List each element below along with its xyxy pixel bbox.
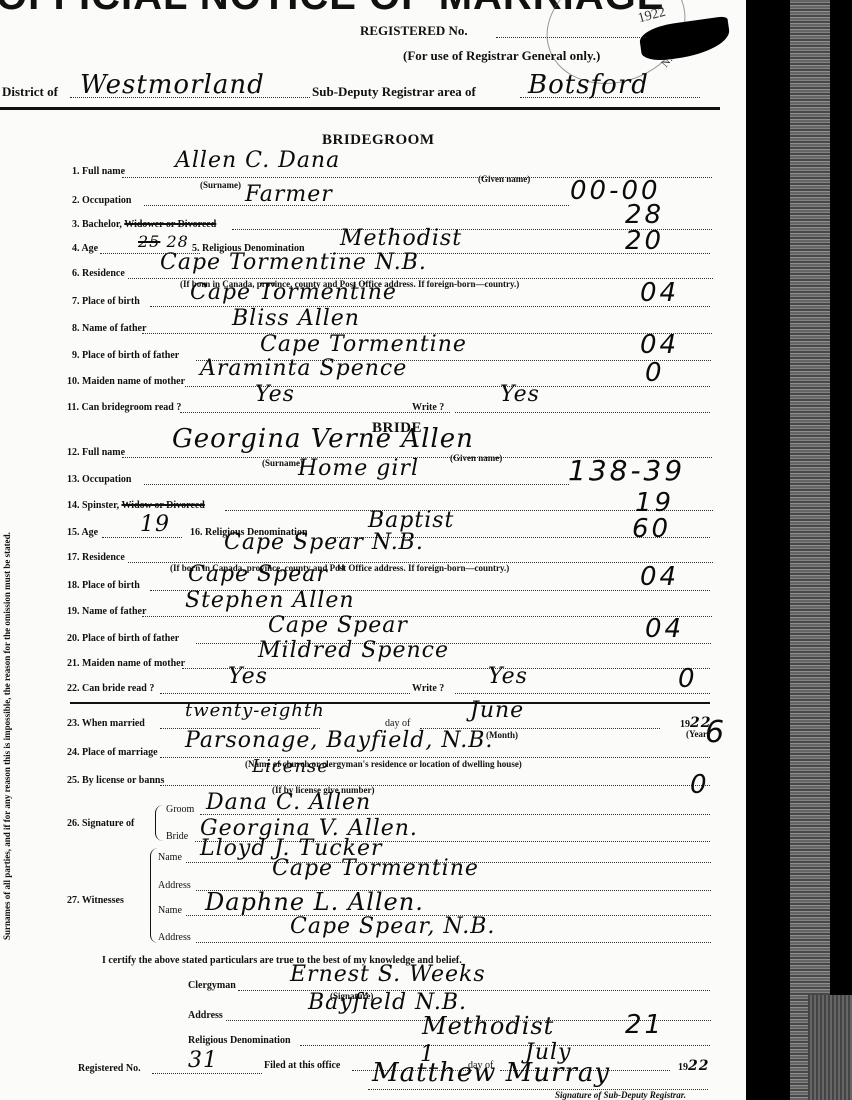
bride-full-name-label: 12. Full name <box>67 447 125 458</box>
groom-occupation-line <box>144 205 569 206</box>
scan-edge-strip-lower <box>808 995 852 1100</box>
registrar-note: (For use of Registrar General only.) <box>403 48 600 64</box>
clergyman-religion-code: 21 <box>625 1010 664 1040</box>
groom-father-birthplace-value: Cape Tormentine <box>260 332 467 357</box>
bride-write-line <box>455 693 710 694</box>
bride-surname-hint: (Surname) <box>262 458 303 468</box>
groom-birthplace-code: 04 <box>640 278 679 308</box>
bride-age-value: 19 <box>140 512 170 537</box>
bride-status-label: 14. Spinster, Widow or Divorced <box>67 500 205 511</box>
groom-read-line <box>180 412 450 413</box>
groom-residence-value: Cape Tormentine N.B. <box>160 250 427 275</box>
filing-registered-no-value: 31 <box>188 1048 218 1073</box>
bride-occupation-label: 13. Occupation <box>67 474 131 485</box>
groom-religion-code: 20 <box>625 226 664 256</box>
groom-given-hint: (Given name) <box>478 174 530 184</box>
subdeputy-label: Sub-Deputy Registrar area of <box>312 84 476 100</box>
witness-1-name-label: Name <box>158 852 182 863</box>
witness-2-address: Cape Spear, N.B. <box>290 914 495 939</box>
groom-father-birthplace-code: 04 <box>640 330 679 360</box>
registrar-signature: Matthew Murray <box>372 1058 610 1088</box>
clergyman-religion-label: Religious Denomination <box>188 1035 291 1046</box>
groom-mother-value: Araminta Spence <box>200 356 407 381</box>
license-code: 0 <box>690 770 710 800</box>
bride-write-value: Yes <box>488 664 528 689</box>
bride-status-struck: Widow or Divorced <box>121 500 204 511</box>
filing-registered-no-label: Registered No. <box>78 1063 141 1074</box>
filed-year-value: 22 <box>688 1058 709 1074</box>
groom-read-value: Yes <box>255 382 295 407</box>
license-value: License <box>252 756 329 777</box>
groom-signature-label: Groom <box>166 804 194 815</box>
filing-registered-no-line <box>152 1073 262 1074</box>
place-value: Parsonage, Bayfield, N.B. <box>185 728 493 753</box>
bride-father-line <box>142 616 712 617</box>
filed-label: Filed at this office <box>264 1060 340 1071</box>
groom-religion-value: Methodist <box>340 226 462 251</box>
scan-edge-strip <box>790 0 830 1100</box>
bride-residence-label: 17. Residence <box>67 552 125 563</box>
when-married-label: 23. When married <box>67 718 145 729</box>
signature-label: 26. Signature of <box>67 818 134 829</box>
groom-age-text: 28 <box>166 232 188 251</box>
groom-write-line <box>455 412 710 413</box>
registered-no-line <box>496 37 646 38</box>
groom-mother-code: 0 <box>645 358 665 388</box>
witness-2-address-line <box>196 942 711 943</box>
groom-mother-label: 10. Maiden name of mother <box>67 376 185 387</box>
bride-read-label: 22. Can bride read ? <box>67 683 154 694</box>
bride-father-birthplace-code: 04 <box>645 614 684 644</box>
registrar-signature-hint: Signature of Sub-Deputy Registrar. <box>555 1090 686 1100</box>
bride-given-hint: (Given name) <box>450 453 502 463</box>
place-label: 24. Place of marriage <box>67 747 158 758</box>
subdeputy-value: Botsford <box>528 70 649 100</box>
groom-write-label: Write ? <box>412 402 444 413</box>
bride-signature-label: Bride <box>166 831 188 842</box>
bride-father-label: 19. Name of father <box>67 606 146 617</box>
bride-residence-value: Cape Spear N.B. <box>224 530 424 555</box>
filed-year: 1922 <box>678 1058 709 1074</box>
margin-note: Surnames of all parties, and if for any … <box>2 532 12 940</box>
groom-occupation-value: Farmer <box>245 182 333 207</box>
clergyman-address-label: Address <box>188 1010 223 1021</box>
signature-brace <box>155 805 164 841</box>
groom-father-label: 8. Name of father <box>72 323 146 334</box>
groom-father-value: Bliss Allen <box>232 306 360 331</box>
witness-2-name-label: Name <box>158 905 182 916</box>
groom-write-value: Yes <box>500 382 540 407</box>
bride-mother-value: Mildred Spence <box>258 638 449 663</box>
witness-1-address: Cape Tormentine <box>272 856 479 881</box>
place-line <box>160 757 710 758</box>
bride-read-line <box>160 693 410 694</box>
bride-father-value: Stephen Allen <box>185 588 355 613</box>
groom-signature-value: Dana C. Allen <box>206 790 371 815</box>
bride-read-code: 0 <box>678 664 698 694</box>
groom-father-birthplace-label: 9. Place of birth of father <box>72 350 179 361</box>
groom-age-struck: 25 <box>138 232 160 251</box>
bride-mother-label: 21. Maiden name of mother <box>67 658 185 669</box>
clergyman-religion-line <box>300 1045 710 1046</box>
bride-birthplace-label: 18. Place of birth <box>67 580 140 591</box>
license-label: 25. By license or banns <box>67 775 164 786</box>
when-day-value: twenty-eighth <box>185 700 325 721</box>
witnesses-label: 27. Witnesses <box>67 895 124 906</box>
groom-surname-hint: (Surname) <box>200 180 241 190</box>
bride-birthplace-code: 04 <box>640 562 679 592</box>
groom-read-label: 11. Can bridegroom read ? <box>67 402 181 413</box>
witness-2-name: Daphne L. Allen. <box>205 888 424 916</box>
groom-status-text: 3. Bachelor, <box>72 219 122 230</box>
bride-father-birthplace-label: 20. Place of birth of father <box>67 633 179 644</box>
when-month-value: June <box>470 698 524 723</box>
section-rule <box>70 702 710 704</box>
filed-year-prefix: 19 <box>678 1062 688 1073</box>
district-label: District of <box>2 84 58 100</box>
registered-no-label: REGISTERED No. <box>360 23 468 39</box>
when-code: 6 <box>705 715 727 750</box>
bride-write-label: Write ? <box>412 683 444 694</box>
groom-full-name-label: 1. Full name <box>72 166 125 177</box>
marriage-notice-page: OFFICIAL NOTICE OF MARRIAGE 1922 N.B. RE… <box>0 0 746 1100</box>
bride-father-birthplace-value: Cape Spear <box>268 613 408 638</box>
groom-age-label: 4. Age <box>72 243 98 254</box>
bride-birthplace-value: Cape Spear " <box>188 562 347 587</box>
groom-residence-label: 6. Residence <box>72 268 125 279</box>
license-line <box>160 785 710 786</box>
bride-age-line <box>102 537 182 538</box>
groom-age-value: 25 28 <box>138 232 189 251</box>
witness-2-address-label: Address <box>158 932 191 943</box>
clergyman-label: Clergyman <box>188 980 236 991</box>
bride-religion-code: 60 <box>632 514 671 544</box>
district-value: Westmorland <box>80 70 265 100</box>
bride-occupation-line <box>144 484 569 485</box>
groom-birthplace-label: 7. Place of birth <box>72 296 140 307</box>
bride-name-code: 138-39 <box>568 454 685 487</box>
clergyman-religion-value: Methodist <box>422 1012 554 1040</box>
bride-status-text: 14. Spinster, <box>67 500 119 511</box>
clergyman-value: Ernest S. Weeks <box>290 962 486 987</box>
bride-read-value: Yes <box>228 664 268 689</box>
groom-full-name-value: Allen C. Dana <box>175 148 340 173</box>
groom-birthplace-value: Cape Tormentine <box>190 280 397 305</box>
bride-full-name-value: Georgina Verne Allen <box>172 424 474 454</box>
groom-status-label: 3. Bachelor, Widower or Divorced <box>72 219 216 230</box>
header-rule <box>0 107 720 110</box>
bride-age-label: 15. Age <box>67 527 98 538</box>
bridegroom-heading: BRIDEGROOM <box>322 132 435 149</box>
witness-1-address-label: Address <box>158 880 191 891</box>
bride-occupation-value: Home girl <box>298 456 419 481</box>
groom-status-struck: Widower or Divorced <box>124 219 216 230</box>
groom-occupation-label: 2. Occupation <box>72 195 131 206</box>
